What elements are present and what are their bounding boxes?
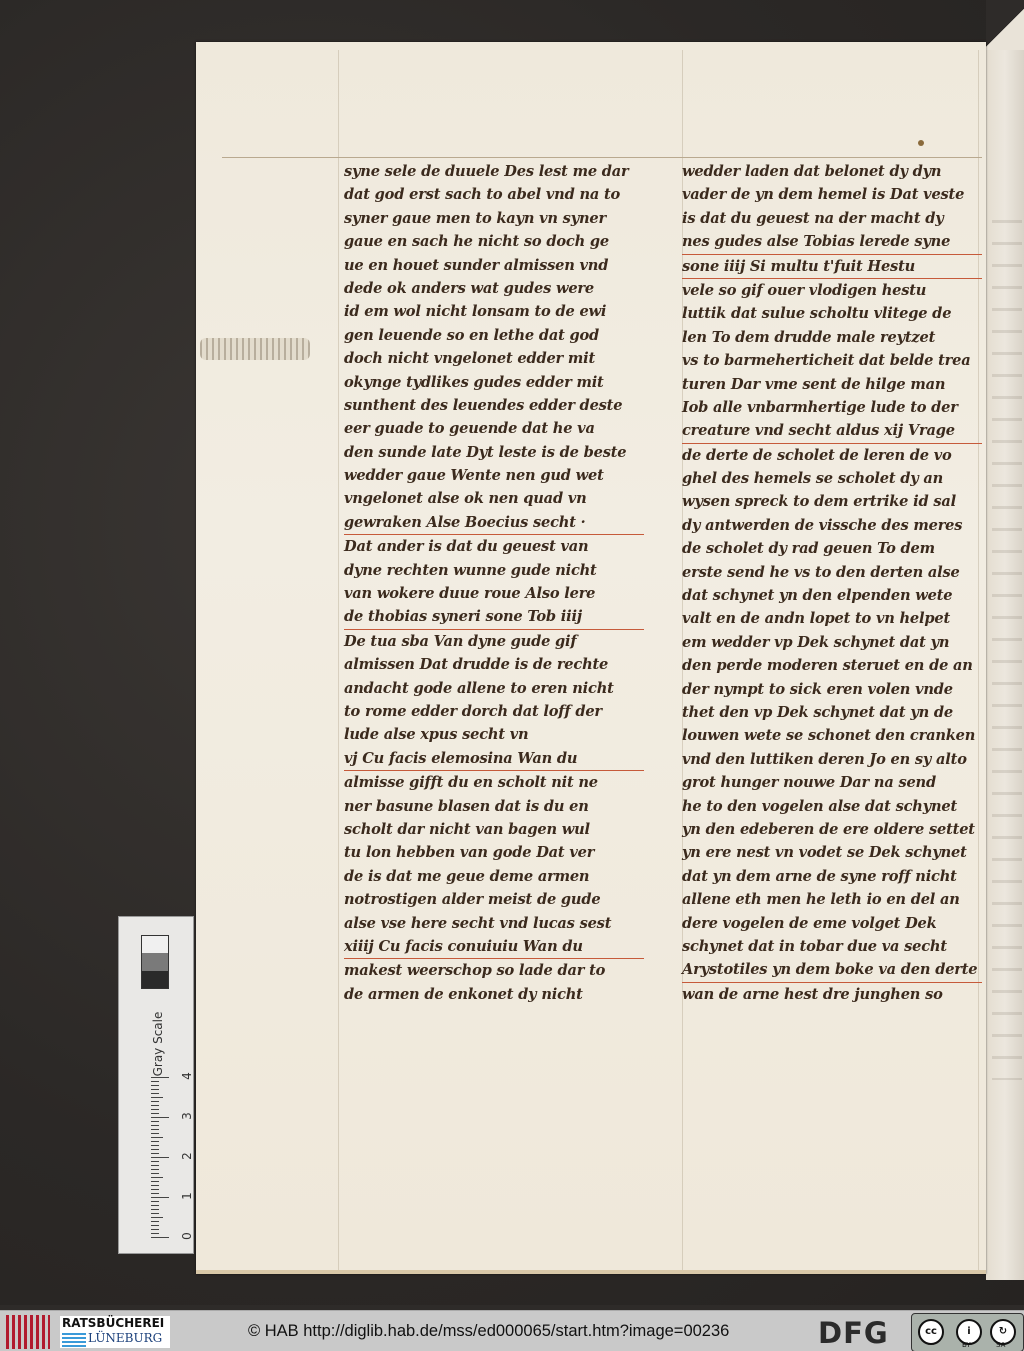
ruler-tick xyxy=(151,1165,159,1166)
ruler-tick xyxy=(151,1185,159,1186)
ruler-tick xyxy=(151,1149,159,1150)
manuscript-line: syner gaue men to kayn vn syner xyxy=(344,207,644,230)
manuscript-line: De tua sba Van dyne gude gif xyxy=(344,630,644,653)
ruling-line-top xyxy=(222,157,982,158)
ruler-tick xyxy=(151,1121,159,1122)
manuscript-line: den perde moderen steruet en de an xyxy=(682,654,982,677)
manuscript-line: okynge tydlikes gudes edder mit xyxy=(344,371,644,394)
manuscript-line: is dat du geuest na der macht dy xyxy=(682,207,982,230)
manuscript-line: xiiij Cu facis conuiuiu Wan du xyxy=(344,935,644,959)
manuscript-line: schynet dat in tobar due va secht xyxy=(682,935,982,958)
manuscript-line: to rome edder dorch dat loff der xyxy=(344,700,644,723)
manuscript-line: Iob alle vnbarmhertige lude to der xyxy=(682,396,982,419)
manuscript-line: der nympt to sick eren volen vnde xyxy=(682,678,982,701)
manuscript-line: de armen de enkonet dy nicht xyxy=(344,983,644,1006)
ruler-tick xyxy=(151,1169,159,1170)
ruler-tick xyxy=(151,1189,159,1190)
manuscript-line: ner basune blasen dat is du en xyxy=(344,795,644,818)
manuscript-line: de scholet dy rad geuen To dem xyxy=(682,537,982,560)
ruler-number: 0 xyxy=(180,1232,194,1240)
manuscript-line: eer guade to geuende dat he va xyxy=(344,417,644,440)
stitching-repair xyxy=(200,338,310,360)
manuscript-line: erste send he vs to den derten alse xyxy=(682,561,982,584)
manuscript-line: dyne rechten wunne gude nicht xyxy=(344,559,644,582)
ruler-tick xyxy=(151,1173,159,1174)
ruling-line-left xyxy=(338,50,339,1270)
next-page-corner xyxy=(986,0,1024,55)
manuscript-line: grot hunger nouwe Dar na send xyxy=(682,771,982,794)
manuscript-line: van wokere duue roue Also lere xyxy=(344,582,644,605)
manuscript-line: wan de arne hest dre junghen so xyxy=(682,983,982,1006)
ruler-tick xyxy=(151,1129,159,1130)
manuscript-line: dat god erst sach to abel vnd na to xyxy=(344,183,644,206)
manuscript-line: sunthent des leuendes edder deste xyxy=(344,394,644,417)
manuscript-line: yn ere nest vn vodet se Dek schynet xyxy=(682,841,982,864)
ruler-tick xyxy=(151,1225,159,1226)
ruler-tick xyxy=(151,1229,159,1230)
ruler-tick xyxy=(151,1193,159,1194)
ruler-tick xyxy=(151,1209,159,1210)
ruler-tick xyxy=(151,1097,163,1098)
manuscript-line: dat yn dem arne de syne roff nicht xyxy=(682,865,982,888)
manuscript-line: yn den edeberen de ere oldere settet xyxy=(682,818,982,841)
ruler-tick xyxy=(151,1157,169,1158)
ruler-tick xyxy=(151,1177,163,1178)
ruler-tick xyxy=(151,1141,159,1142)
manuscript-line: almissen Dat drudde is de rechte xyxy=(344,653,644,676)
ruler-tick xyxy=(151,1117,169,1118)
manuscript-line: scholt dar nicht van bagen wul xyxy=(344,818,644,841)
manuscript-line: luttik dat sulue scholtu vlitege de xyxy=(682,302,982,325)
ruler-tick xyxy=(151,1113,159,1114)
manuscript-line: dat schynet yn den elpenden wete xyxy=(682,584,982,607)
cc-license-badge[interactable]: cc i ↻ BY SA xyxy=(911,1313,1024,1351)
ruler-tick xyxy=(151,1153,159,1154)
gray-scale-ruler: Gray Scale 01234 xyxy=(118,916,194,1254)
sa-label: SA xyxy=(996,1341,1005,1349)
manuscript-line: vele so gif ouer vlodigen hestu xyxy=(682,279,982,302)
manuscript-line: len To dem drudde male reytzet xyxy=(682,326,982,349)
manuscript-line: wedder laden dat belonet dy dyn xyxy=(682,160,982,183)
text-column-left: syne sele de duuele Des lest me dardat g… xyxy=(344,160,644,1006)
ruler-number: 3 xyxy=(180,1112,194,1120)
manuscript-line: vader de yn dem hemel is Dat veste xyxy=(682,183,982,206)
manuscript-line: gewraken Alse Boecius secht · xyxy=(344,511,644,535)
by-label: BY xyxy=(962,1341,971,1349)
ratsbuecherei-logo-icon xyxy=(6,1315,50,1349)
library-logo[interactable]: RATSBÜCHEREI LÜNEBURG xyxy=(60,1316,170,1348)
ruler-tick xyxy=(151,1213,159,1214)
copyright-url[interactable]: © HAB http://diglib.hab.de/mss/ed000065/… xyxy=(248,1322,729,1341)
ruler-tick xyxy=(151,1077,169,1078)
ruler-tick xyxy=(151,1181,159,1182)
manuscript-line: turen Dar vme sent de hilge man xyxy=(682,373,982,396)
manuscript-line: syne sele de duuele Des lest me dar xyxy=(344,160,644,183)
footer-bar: RATSBÜCHEREI LÜNEBURG © HAB http://digli… xyxy=(0,1310,1024,1351)
ruler-number: 4 xyxy=(180,1072,194,1080)
manuscript-line: andacht gode allene to eren nicht xyxy=(344,677,644,700)
ruler-tick xyxy=(151,1089,159,1090)
ruler-tick xyxy=(151,1237,169,1238)
manuscript-line: doch nicht vngelonet edder mit xyxy=(344,347,644,370)
manuscript-line: wedder gaue Wente nen gud wet xyxy=(344,464,644,487)
manuscript-line: vs to barmeherticheit dat belde trea xyxy=(682,349,982,372)
ruler-tick xyxy=(151,1101,159,1102)
manuscript-line: allene eth men he leth io en del an xyxy=(682,888,982,911)
dfg-logo[interactable]: DFG xyxy=(818,1316,889,1350)
ruler-tick xyxy=(151,1197,169,1198)
manuscript-line: dede ok anders wat gudes were xyxy=(344,277,644,300)
manuscript-line: notrostigen alder meist de gude xyxy=(344,888,644,911)
ruler-tick xyxy=(151,1217,163,1218)
ruler-tick xyxy=(151,1125,159,1126)
manuscript-line: almisse gifft du en scholt nit ne xyxy=(344,771,644,794)
manuscript-line: wysen spreck to dem ertrike id sal xyxy=(682,490,982,513)
manuscript-line: creature vnd secht aldus xij Vrage xyxy=(682,419,982,443)
ruler-tick xyxy=(151,1093,159,1094)
facing-page-edge xyxy=(986,50,1024,1280)
ruler-tick xyxy=(151,1145,159,1146)
manuscript-line: de thobias syneri sone Tob iiij xyxy=(344,605,644,629)
text-column-right: wedder laden dat belonet dy dynvader de … xyxy=(682,160,982,1006)
gray-swatches xyxy=(141,935,169,989)
library-name-line2: LÜNEBURG xyxy=(88,1331,162,1345)
ruler-tick xyxy=(151,1205,159,1206)
manuscript-line: ghel des hemels se scholet dy an xyxy=(682,467,982,490)
manuscript-line: valt en de andn lopet to vn helpet xyxy=(682,607,982,630)
manuscript-line: nes gudes alse Tobias lerede syne xyxy=(682,230,982,254)
manuscript-line: de is dat me geue deme armen xyxy=(344,865,644,888)
ruler-number: 1 xyxy=(180,1192,194,1200)
bleed-through-text xyxy=(992,220,1022,1080)
ruler-tick xyxy=(151,1137,163,1138)
manuscript-line: vj Cu facis elemosina Wan du xyxy=(344,747,644,771)
manuscript-line: he to den vogelen alse dat schynet xyxy=(682,795,982,818)
ruler-tick xyxy=(151,1105,159,1106)
library-name-line1: RATSBÜCHEREI xyxy=(62,1316,164,1330)
manuscript-line: de derte de scholet de leren de vo xyxy=(682,444,982,467)
manuscript-line: louwen wete se schonet den cranken xyxy=(682,724,982,747)
ruler-tick xyxy=(151,1081,159,1082)
ruler-tick xyxy=(151,1201,159,1202)
ruler-tick xyxy=(151,1233,159,1234)
ruler-number: 2 xyxy=(180,1152,194,1160)
manuscript-line: gen leuende so en lethe dat god xyxy=(344,324,644,347)
manuscript-line: gaue en sach he nicht so doch ge xyxy=(344,230,644,253)
manuscript-line: sone iiij Si multu t'fuit Hestu xyxy=(682,255,982,279)
manuscript-line: makest weerschop so lade dar to xyxy=(344,959,644,982)
manuscript-line: dere vogelen de eme volget Dek xyxy=(682,912,982,935)
manuscript-line: dy antwerden de vissche des meres xyxy=(682,514,982,537)
manuscript-line: Dat ander is dat du geuest van xyxy=(344,535,644,558)
folio-bottom-edge xyxy=(196,1270,986,1274)
ruler-tick xyxy=(151,1221,159,1222)
ruler-tick xyxy=(151,1085,159,1086)
manuscript-line: Arystotiles yn dem boke va den derte xyxy=(682,958,982,982)
cm-ruler: 01234 xyxy=(139,1067,179,1242)
ruler-tick xyxy=(151,1133,159,1134)
manuscript-line: vnd den luttiken deren Jo en sy alto xyxy=(682,748,982,771)
manuscript-line: vngelonet alse ok nen quad vn xyxy=(344,487,644,510)
manuscript-line: tu lon hebben van gode Dat ver xyxy=(344,841,644,864)
manuscript-line: lude alse xpus secht vn xyxy=(344,723,644,746)
ruler-tick xyxy=(151,1161,159,1162)
ruler-tick xyxy=(151,1109,159,1110)
manuscript-line: id em wol nicht lonsam to de ewi xyxy=(344,300,644,323)
manuscript-line: den sunde late Dyt leste is de beste xyxy=(344,441,644,464)
ink-spot xyxy=(918,140,924,146)
cc-icon: cc xyxy=(918,1319,944,1345)
book-waves-icon xyxy=(62,1333,86,1347)
manuscript-line: thet den vp Dek schynet dat yn de xyxy=(682,701,982,724)
manuscript-line: em wedder vp Dek schynet dat yn xyxy=(682,631,982,654)
manuscript-line: alse vse here secht vnd lucas sest xyxy=(344,912,644,935)
manuscript-line: ue en houet sunder almissen vnd xyxy=(344,254,644,277)
